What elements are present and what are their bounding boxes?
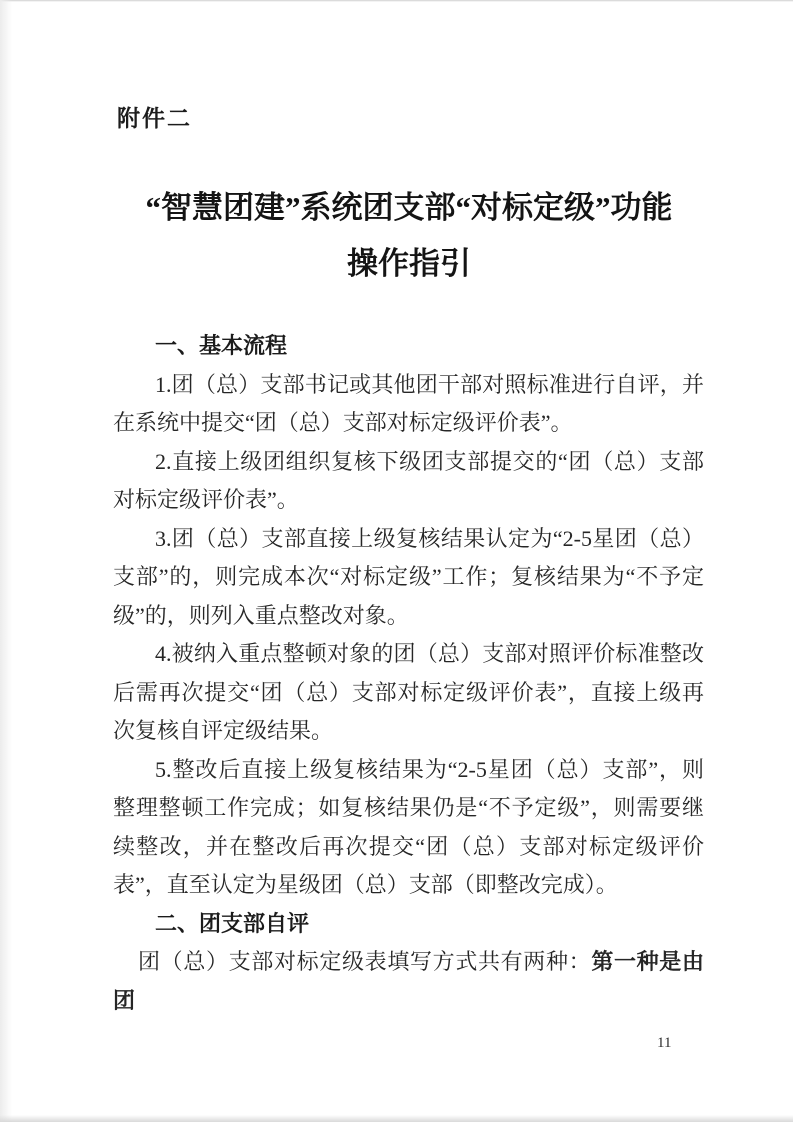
document-title-line2: 操作指引 (347, 246, 471, 281)
paragraph-step-2: 2.直接上级团组织复核下级团支部提交的“团（总）支部对标定级评价表”。 (113, 443, 704, 520)
section-heading-basic-process: 一、基本流程 (113, 327, 704, 366)
paragraph-step-5: 5.整改后直接上级复核结果为“2-5星团（总）支部”，则整理整顿工作完成；如复核… (113, 751, 704, 905)
paragraph-self-evaluation-intro: 团（总）支部对标定级表填写方式共有两种：第一种是由团 (113, 943, 704, 1020)
paragraph-step-4: 4.被纳入重点整顿对象的团（总）支部对照评价标准整改后需再次提交“团（总）支部对… (113, 635, 704, 751)
document-title-line1: “智慧团建”系统团支部“对标定级”功能 (146, 190, 673, 225)
document-page: 附件二 “智慧团建”系统团支部“对标定级”功能 操作指引 一、基本流程 1.团（… (0, 0, 793, 1122)
intro-regular-text: 团（总）支部对标定级表填写方式共有两种： (138, 949, 591, 974)
document-body: 一、基本流程 1.团（总）支部书记或其他团干部对照标准进行自评，并在系统中提交“… (113, 327, 704, 1020)
paragraph-step-1: 1.团（总）支部书记或其他团干部对照标准进行自评，并在系统中提交“团（总）支部对… (113, 366, 704, 443)
document-title: “智慧团建”系统团支部“对标定级”功能 操作指引 (113, 180, 705, 292)
scan-edge-left (0, 0, 12, 1122)
scan-edge-top (0, 0, 793, 2)
attachment-label: 附件二 (117, 100, 192, 133)
page-number: 11 (657, 1035, 671, 1052)
scan-edge-bottom (0, 1115, 793, 1122)
section-heading-self-evaluation: 二、团支部自评 (113, 905, 704, 944)
paragraph-step-3: 3.团（总）支部直接上级复核结果认定为“2-5星团（总）支部”的，则完成本次“对… (113, 520, 704, 636)
